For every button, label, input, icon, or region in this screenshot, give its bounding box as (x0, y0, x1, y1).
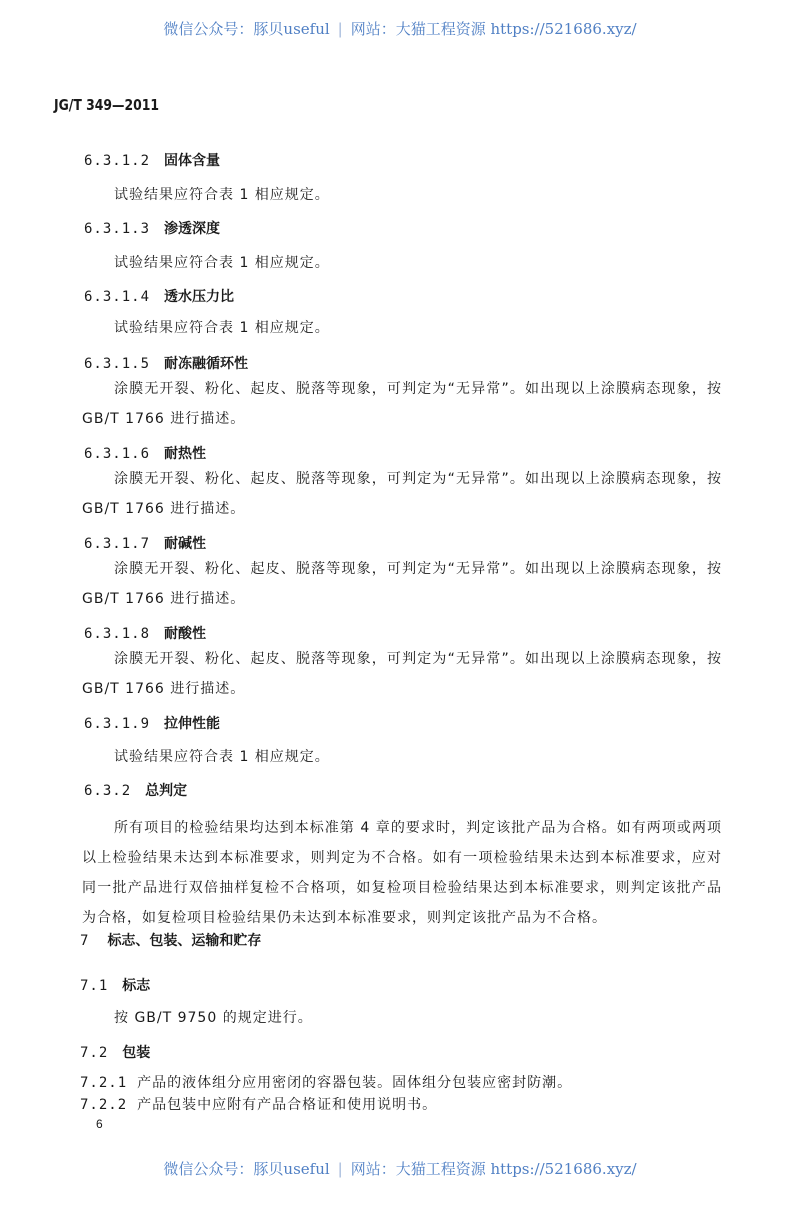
chapter-title: 标志、包装、运输和贮存 (107, 933, 261, 949)
section-title: 耐碱性 (164, 536, 206, 552)
section-title: 渗透深度 (164, 221, 220, 237)
section-title: 总判定 (145, 783, 187, 799)
section-body: 所有项目的检验结果均达到本标准第 4 章的要求时，判定该批产品为合格。如有两项或… (82, 813, 722, 933)
section-body: 试验结果应符合表 1 相应规定。 (114, 180, 330, 210)
section-heading: 6.3.1.3渗透深度 (84, 218, 220, 238)
clause-number: 7.2.1 (80, 1075, 127, 1091)
section-title: 耐冻融循环性 (164, 356, 248, 372)
document-code: JG/T 349—2011 (54, 96, 159, 114)
clause-body: 产品包装中应附有产品合格证和使用说明书。 (137, 1097, 437, 1113)
chapter-number: 7 (80, 933, 89, 949)
clause-body: 产品的液体组分应用密闭的容器包装。固体组分包装应密封防潮。 (137, 1075, 572, 1091)
watermark-wechat: 微信公众号：豚贝useful (163, 20, 329, 38)
section-title: 标志 (122, 978, 150, 994)
section-body: 涂膜无开裂、粉化、起皮、脱落等现象，可判定为“无异常”。如出现以上涂膜病态现象，… (82, 644, 722, 704)
section-number: 6.3.1.2 (84, 153, 150, 169)
section-title: 耐酸性 (164, 626, 206, 642)
section-heading: 6.3.1.8耐酸性 (84, 623, 206, 643)
section-title: 拉伸性能 (164, 716, 220, 732)
section-body: 涂膜无开裂、粉化、起皮、脱落等现象，可判定为“无异常”。如出现以上涂膜病态现象，… (82, 554, 722, 614)
section-heading: 6.3.1.9拉伸性能 (84, 713, 220, 733)
section-body: 按 GB/T 9750 的规定进行。 (114, 1003, 313, 1033)
section-title: 固体含量 (164, 153, 220, 169)
section-number: 7.2 (80, 1045, 108, 1061)
section-number: 6.3.2 (84, 783, 131, 799)
section-heading: 7.1标志 (80, 975, 150, 995)
section-title: 耐热性 (164, 446, 206, 462)
section-number: 6.3.1.7 (84, 536, 150, 552)
section-body: 涂膜无开裂、粉化、起皮、脱落等现象，可判定为“无异常”。如出现以上涂膜病态现象，… (82, 374, 722, 434)
section-title: 透水压力比 (164, 289, 234, 305)
watermark-separator: | (338, 1160, 343, 1178)
section-body: 试验结果应符合表 1 相应规定。 (114, 742, 330, 772)
section-number: 6.3.1.9 (84, 716, 150, 732)
watermark-website: 网站：大猫工程资源 https://521686.xyz/ (351, 1160, 637, 1178)
section-body: 试验结果应符合表 1 相应规定。 (114, 248, 330, 278)
section-body: 涂膜无开裂、粉化、起皮、脱落等现象，可判定为“无异常”。如出现以上涂膜病态现象，… (82, 464, 722, 524)
watermark-separator: | (338, 20, 343, 38)
section-number: 6.3.1.4 (84, 289, 150, 305)
watermark-top: 微信公众号：豚贝useful|网站：大猫工程资源 https://521686.… (0, 18, 800, 39)
section-heading: 7.2包装 (80, 1042, 150, 1062)
clause-number: 7.2.2 (80, 1097, 127, 1113)
section-heading: 6.3.1.4透水压力比 (84, 286, 234, 306)
section-body: 试验结果应符合表 1 相应规定。 (114, 313, 330, 343)
watermark-bottom: 微信公众号：豚贝useful|网站：大猫工程资源 https://521686.… (0, 1158, 800, 1179)
section-heading: 6.3.1.2固体含量 (84, 150, 220, 170)
section-number: 6.3.1.5 (84, 356, 150, 372)
section-heading: 6.3.1.6耐热性 (84, 443, 206, 463)
section-title: 包装 (122, 1045, 150, 1061)
section-number: 6.3.1.6 (84, 446, 150, 462)
section-heading: 6.3.1.5耐冻融循环性 (84, 353, 248, 373)
section-heading: 6.3.1.7耐碱性 (84, 533, 206, 553)
clause-7-2-2: 7.2.2产品包装中应附有产品合格证和使用说明书。 (80, 1090, 437, 1120)
chapter-heading: 7标志、包装、运输和贮存 (80, 930, 261, 950)
section-number: 6.3.1.8 (84, 626, 150, 642)
section-number: 7.1 (80, 978, 108, 994)
watermark-website: 网站：大猫工程资源 https://521686.xyz/ (351, 20, 637, 38)
page-number: 6 (96, 1117, 103, 1131)
watermark-wechat: 微信公众号：豚贝useful (163, 1160, 329, 1178)
section-number: 6.3.1.3 (84, 221, 150, 237)
section-heading: 6.3.2总判定 (84, 780, 187, 800)
